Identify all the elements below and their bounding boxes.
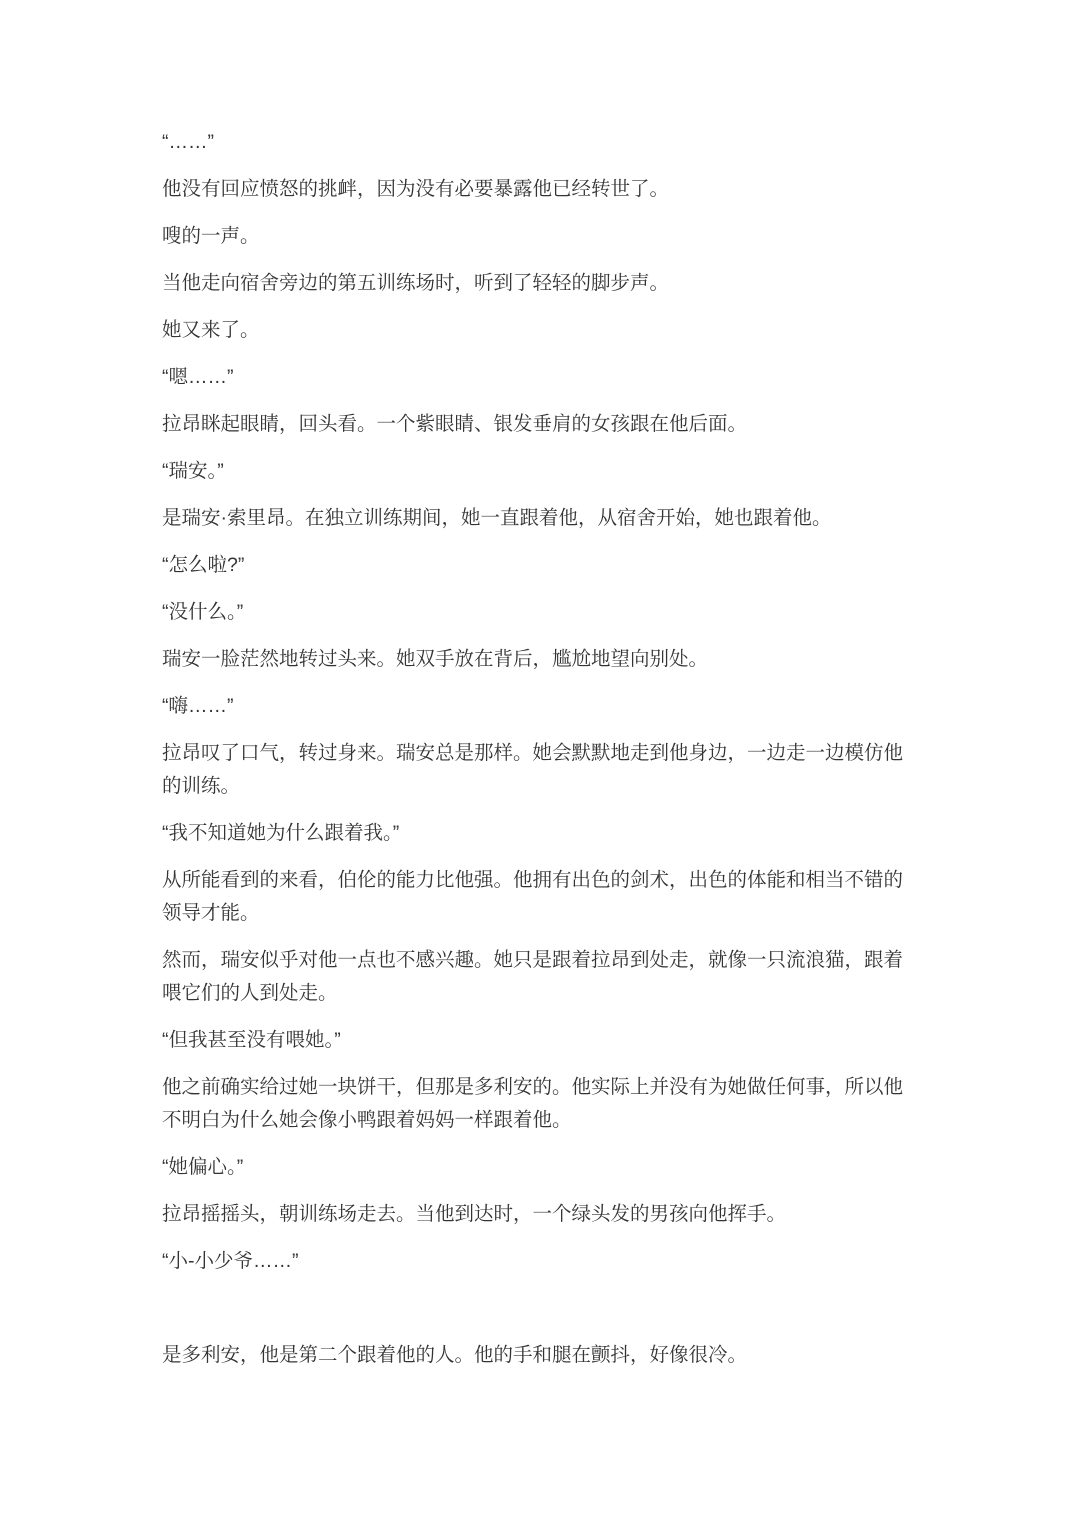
paragraph: 她又来了。 (162, 314, 912, 347)
paragraph: 嗖的一声。 (162, 220, 912, 253)
paragraph: “小-小少爷……” (162, 1245, 912, 1278)
paragraph: 他之前确实给过她一块饼干，但那是多利安的。他实际上并没有为她做任何事，所以他不明… (162, 1071, 912, 1137)
paragraph: “瑞安。” (162, 455, 912, 488)
page-content: “……”他没有回应愤怒的挑衅，因为没有必要暴露他已经转世了。嗖的一声。当他走向宿… (162, 126, 912, 1372)
paragraph: 拉昂叹了口气，转过身来。瑞安总是那样。她会默默地走到他身边，一边走一边模仿他的训… (162, 737, 912, 803)
paragraph: 瑞安一脸茫然地转过头来。她双手放在背后，尴尬地望向别处。 (162, 643, 912, 676)
paragraph-spacer (162, 1292, 912, 1325)
paragraph: 然而，瑞安似乎对他一点也不感兴趣。她只是跟着拉昂到处走，就像一只流浪猫，跟着喂它… (162, 944, 912, 1010)
paragraph: “没什么。” (162, 596, 912, 629)
paragraph: 是多利安，他是第二个跟着他的人。他的手和腿在颤抖，好像很冷。 (162, 1339, 912, 1372)
paragraph: “……” (162, 126, 912, 159)
paragraph: 从所能看到的来看，伯伦的能力比他强。他拥有出色的剑术，出色的体能和相当不错的领导… (162, 864, 912, 930)
paragraph: 拉昂眯起眼睛，回头看。一个紫眼睛、银发垂肩的女孩跟在他后面。 (162, 408, 912, 441)
paragraph: 拉昂摇摇头，朝训练场走去。当他到达时，一个绿头发的男孩向他挥手。 (162, 1198, 912, 1231)
paragraph: 是瑞安·索里昂。在独立训练期间，她一直跟着他，从宿舍开始，她也跟着他。 (162, 502, 912, 535)
paragraph: “我不知道她为什么跟着我。” (162, 817, 912, 850)
document-page: “……”他没有回应愤怒的挑衅，因为没有必要暴露他已经转世了。嗖的一声。当他走向宿… (0, 0, 1074, 1519)
paragraph: “嗨……” (162, 690, 912, 723)
paragraph: “怎么啦?” (162, 549, 912, 582)
paragraph: 他没有回应愤怒的挑衅，因为没有必要暴露他已经转世了。 (162, 173, 912, 206)
paragraph: 当他走向宿舍旁边的第五训练场时，听到了轻轻的脚步声。 (162, 267, 912, 300)
paragraph: “但我甚至没有喂她。” (162, 1024, 912, 1057)
paragraph: “嗯……” (162, 361, 912, 394)
paragraph: “她偏心。” (162, 1151, 912, 1184)
